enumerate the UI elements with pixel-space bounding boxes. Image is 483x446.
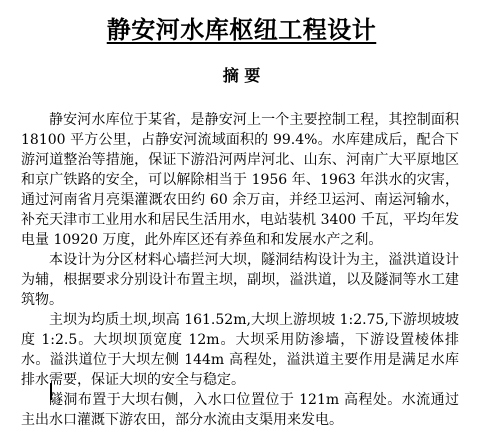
paragraph-main-dam: 主坝为均质土坝,坝高 161.52m,大坝上游坝坡 1:2.75,下游坝坡坡度 … bbox=[21, 310, 459, 390]
document-title-text: 静安河水库枢纽工程设计 bbox=[107, 15, 377, 44]
document-page[interactable]: 静安河水库枢纽工程设计 摘 要 静安河水库位于某省，是静安河上一个主要控制工程，… bbox=[0, 0, 483, 446]
document-title: 静安河水库枢纽工程设计 bbox=[0, 0, 483, 46]
document-body[interactable]: 静安河水库位于某省，是静安河上一个主要控制工程，其控制面积 18100 平方公里… bbox=[21, 110, 459, 430]
abstract-heading: 摘 要 bbox=[0, 65, 483, 87]
paragraph-tunnel: 隧洞布置于大坝右侧，入水口位置位于 121m 高程处。水流通过主出水口灌溉下游农… bbox=[21, 390, 459, 430]
paragraph-overview: 静安河水库位于某省，是静安河上一个主要控制工程，其控制面积 18100 平方公里… bbox=[21, 110, 459, 250]
text-cursor bbox=[50, 383, 52, 400]
paragraph-design-scope: 本设计为分区材料心墙拦河大坝，隧洞结构设计为主，溢洪道设计为辅，根据要求分别设计… bbox=[21, 250, 459, 310]
